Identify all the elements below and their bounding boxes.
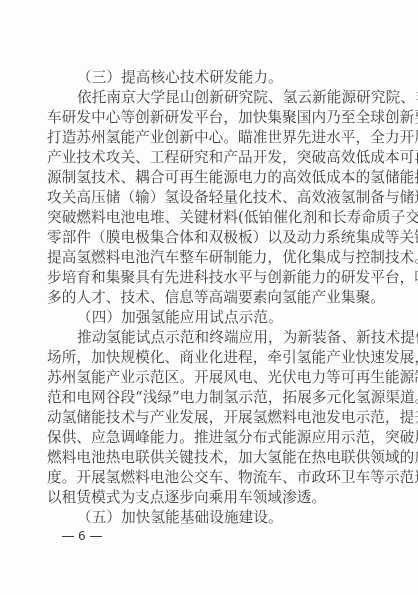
paragraph-line: 苏州氢能产业示范区。开展风电、光伏电力等可再生能源制氢示 — [47, 368, 375, 388]
section-heading: （四）加强氢能应用试点示范。 — [47, 308, 375, 328]
paragraph-line: 车研发中心等创新研发平台，加快集聚国内乃至全球创新要素， — [47, 108, 375, 128]
paragraph-line: 步培育和集聚具有先进科技水平与创新能力的研发平台，吸引更 — [47, 268, 375, 288]
paragraph-line: 提高氢燃料电池汽车整车研制能力，优化集成与控制技术。进一 — [47, 248, 375, 268]
paragraph-line: 源制氢技术、耦合可再生能源电力的高效低成本的氢储能技术； — [47, 168, 375, 188]
paragraph-line: 范和电网谷段“浅绿”电力制氢示范，拓展多元化氢源渠道。推 — [47, 388, 375, 408]
paragraph-line: 度。开展氢燃料电池公交车、物流车、市政环卫车等示范运营， — [47, 468, 375, 488]
paragraph-line: 以租赁模式为支点逐步向乘用车领域渗透。 — [47, 488, 375, 508]
paragraph-line: 产业技术攻关、工程研究和产品开发，突破高效低成本可再生能 — [47, 148, 375, 168]
paragraph-line: 保供、应急调峰能力。推进氢分布式能源应用示范，突破用户侧 — [47, 428, 375, 448]
paragraph-line: 零部件（膜电极集合体和双极板）以及动力系统集成等关键技术； — [47, 228, 375, 248]
dash-right — [90, 536, 102, 537]
paragraph-line: 动氢储能技术与产业发展，开展氢燃料电池发电示范，提升应急 — [47, 408, 375, 428]
paragraph-line: 打造苏州氢能产业创新中心。瞄准世界先进水平，全力开展氢能 — [47, 128, 375, 148]
paragraph-line: 依托南京大学昆山创新研究院、氢云新能源研究院、丰田汽 — [47, 88, 375, 108]
paragraph-line: 场所，加快规模化、商业化进程，牵引氢能产业快速发展，打造 — [47, 348, 375, 368]
dash-left — [62, 536, 74, 537]
paragraph-line: 推动氢能试点示范和终端应用，为新装备、新技术提供实证 — [47, 328, 375, 348]
paragraph-line: 多的人才、技术、信息等高端要素向氢能产业集聚。 — [47, 288, 375, 308]
page-number-value: 6 — [78, 529, 86, 543]
page-number: 6 — [58, 528, 106, 544]
paragraph-line: 突破燃料电池电堆、关键材料(低铂催化剂和长寿命质子交换膜)、 — [47, 208, 375, 228]
section-heading: （三）提高核心技术研发能力。 — [47, 68, 375, 88]
document-page: （三）提高核心技术研发能力。 依托南京大学昆山创新研究院、氢云新能源研究院、丰田… — [0, 0, 418, 595]
paragraph-line: 攻关高压储（输）氢设备轻量化技术、高效液氢制备与储运技术； — [47, 188, 375, 208]
document-body: （三）提高核心技术研发能力。 依托南京大学昆山创新研究院、氢云新能源研究院、丰田… — [47, 68, 375, 528]
section-heading: （五）加快氢能基础设施建设。 — [47, 508, 375, 528]
paragraph-line: 燃料电池热电联供关键技术，加大氢能在热电联供领域的应用力 — [47, 448, 375, 468]
